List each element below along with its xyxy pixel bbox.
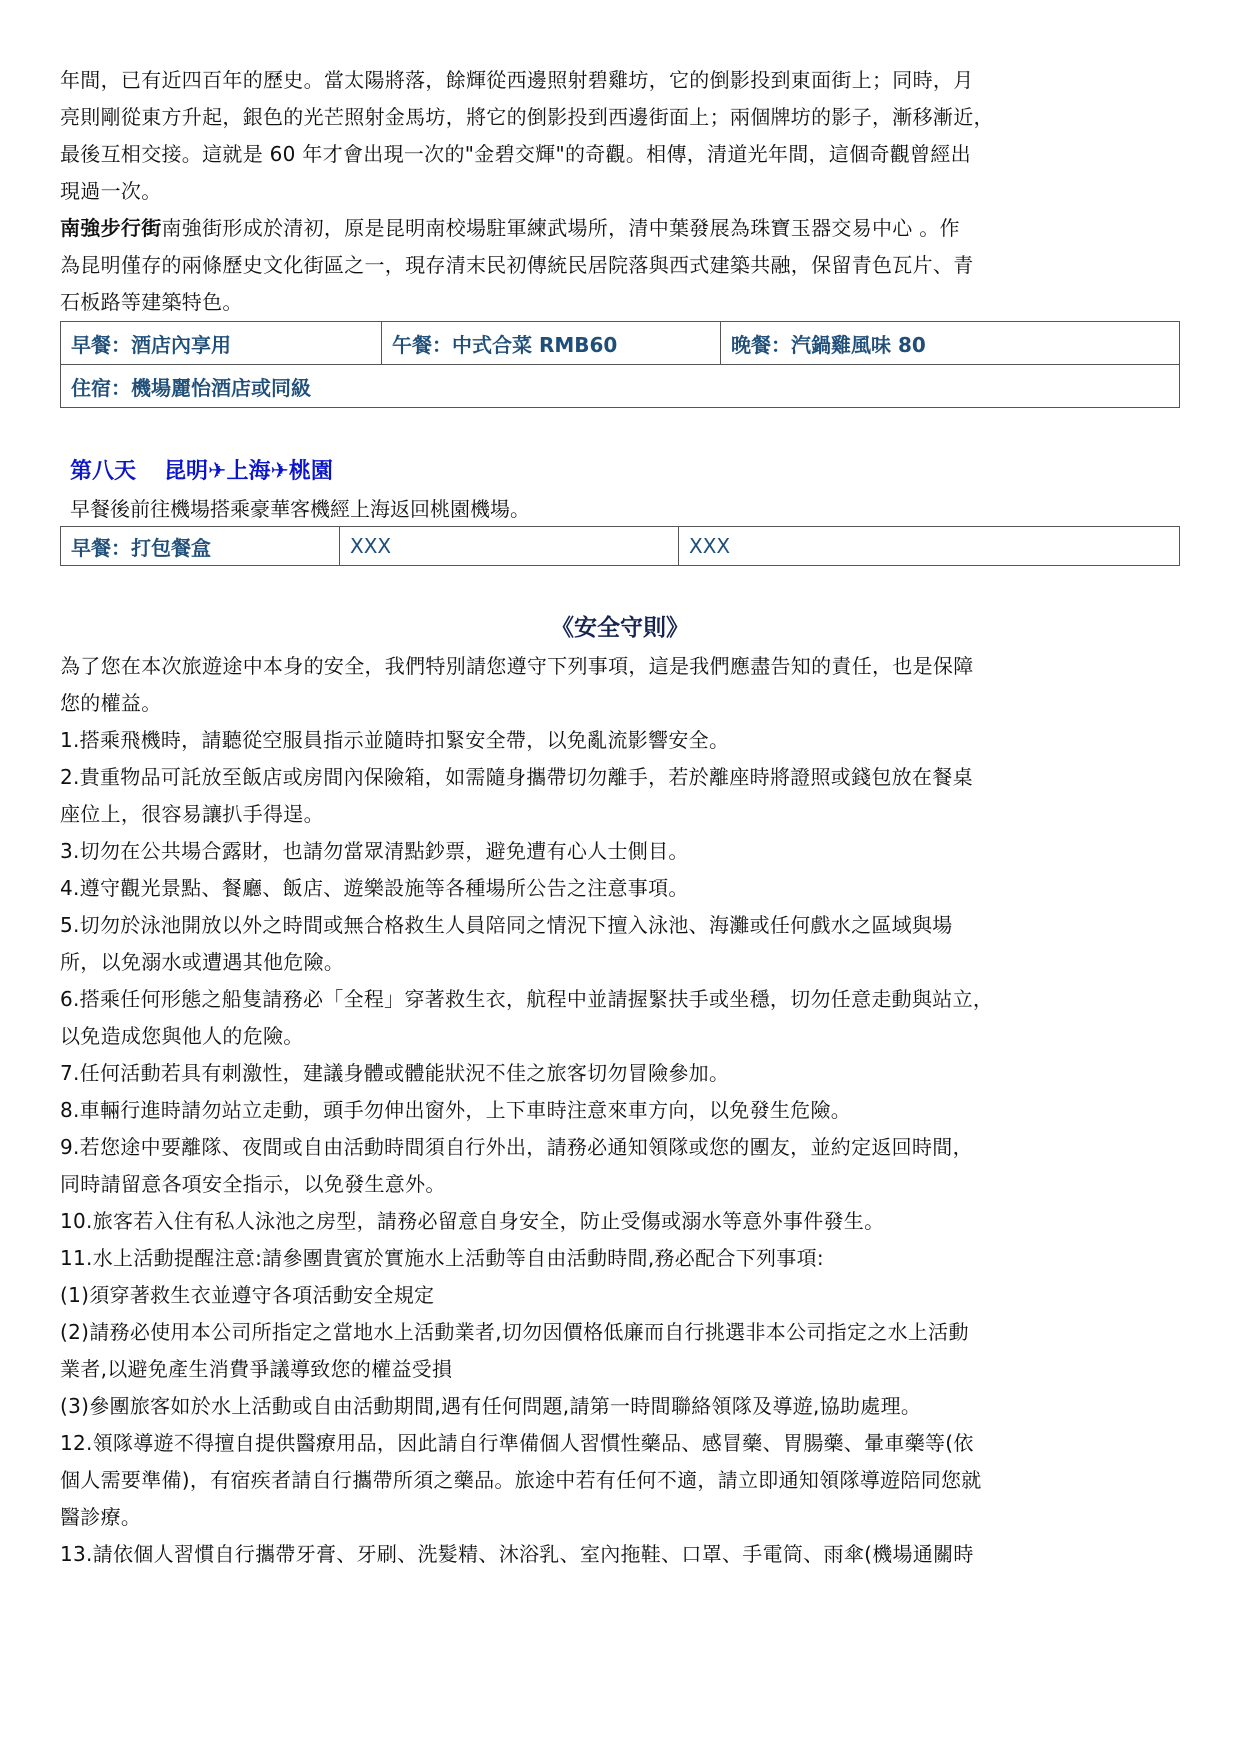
dinner-cell: 晚餐：汽鍋雞風味 80 [721, 322, 1180, 365]
rule-line: 11.水上活動提醒注意:請參團貴賓於實施水上活動等自由活動時間,務必配合下列事項… [60, 1240, 1180, 1277]
text-span: 南強街形成於清初，原是昆明南校場駐軍練武場所，清中葉發展為珠寶玉器交易中心 。作 [162, 216, 960, 240]
rule-line: 7.任何活動若具有刺激性，建議身體或體能狀況不佳之旅客切勿冒險參加。 [60, 1055, 1180, 1092]
rule-line: 同時請留意各項安全指示，以免發生意外。 [60, 1166, 1180, 1203]
lunch-cell: XXX [340, 527, 679, 566]
breakfast-cell: 早餐：打包餐盒 [61, 527, 340, 566]
rule-line: 13.請依個人習慣自行攜帶牙膏、牙刷、洗髮精、沐浴乳、室內拖鞋、口罩、手電筒、雨… [60, 1536, 1180, 1573]
text-line: 為昆明僅存的兩條歷史文化街區之一，現存清末民初傳統民居院落與西式建築共融，保留青… [60, 247, 1180, 284]
nanqiang-title: 南強步行街 [60, 216, 162, 240]
text-line: 南強步行街南強街形成於清初，原是昆明南校場駐軍練武場所，清中葉發展為珠寶玉器交易… [60, 210, 1180, 247]
rule-line: 業者,以避免產生消費爭議導致您的權益受損 [60, 1351, 1180, 1388]
text-line: 亮則剛從東方升起，銀色的光芒照射金馬坊，將它的倒影投到西邊街面上；兩個牌坊的影子… [60, 99, 1180, 136]
rule-line: 6.搭乘任何形態之船隻請務必「全程」穿著救生衣，航程中並請握緊扶手或坐穩，切勿任… [60, 981, 1180, 1018]
safety-rules: 1.搭乘飛機時，請聽從空服員指示並隨時扣緊安全帶，以免亂流影響安全。 2.貴重物… [60, 722, 1180, 1573]
text-line: 最後互相交接。這就是 60 年才會出現一次的"金碧交輝"的奇觀。相傳，清道光年間… [60, 136, 1180, 173]
document-page: 年間，已有近四百年的歷史。當太陽將落，餘輝從西邊照射碧雞坊，它的倒影投到東面街上… [60, 62, 1180, 1573]
day7-meal-table: 早餐：酒店內享用 午餐：中式合菜 RMB60 晚餐：汽鍋雞風味 80 住宿：機場… [60, 321, 1180, 408]
rule-line: (1)須穿著救生衣並遵守各項活動安全規定 [60, 1277, 1180, 1314]
text-line: 年間，已有近四百年的歷史。當太陽將落，餘輝從西邊照射碧雞坊，它的倒影投到東面街上… [60, 62, 1180, 99]
rule-line: 5.切勿於泳池開放以外之時間或無合格救生人員陪同之情況下擅入泳池、海灘或任何戲水… [60, 907, 1180, 944]
safety-intro-line: 為了您在本次旅遊途中本身的安全，我們特別請您遵守下列事項，這是我們應盡告知的責任… [60, 648, 1180, 685]
rule-line: 座位上，很容易讓扒手得逞。 [60, 796, 1180, 833]
safety-title: 《安全守則》 [60, 608, 1180, 648]
rule-line: 1.搭乘飛機時，請聽從空服員指示並隨時扣緊安全帶，以免亂流影響安全。 [60, 722, 1180, 759]
lunch-cell: 午餐：中式合菜 RMB60 [382, 322, 721, 365]
rule-line: 12.領隊導遊不得擅自提供醫療用品，因此請自行準備個人習慣性藥品、感冒藥、胃腸藥… [60, 1425, 1180, 1462]
safety-intro-line: 您的權益。 [60, 685, 1180, 722]
rule-line: 2.貴重物品可託放至飯店或房間內保險箱，如需隨身攜帶切勿離手，若於離座時將證照或… [60, 759, 1180, 796]
rule-line: 8.車輛行進時請勿站立走動，頭手勿伸出窗外，上下車時注意來車方向，以免發生危險。 [60, 1092, 1180, 1129]
rule-line: 所，以免溺水或遭遇其他危險。 [60, 944, 1180, 981]
intro-paragraph: 年間，已有近四百年的歷史。當太陽將落，餘輝從西邊照射碧雞坊，它的倒影投到東面街上… [60, 62, 1180, 210]
lodging-cell: 住宿：機場麗怡酒店或同級 [61, 365, 1180, 408]
rule-line: 10.旅客若入住有私人泳池之房型，請務必留意自身安全，防止受傷或溺水等意外事件發… [60, 1203, 1180, 1240]
nanqiang-paragraph: 南強步行街南強街形成於清初，原是昆明南校場駐軍練武場所，清中葉發展為珠寶玉器交易… [60, 210, 1180, 321]
breakfast-cell: 早餐：酒店內享用 [61, 322, 382, 365]
day8-meal-table: 早餐：打包餐盒 XXX XXX [60, 526, 1180, 566]
day-label: 第八天 [70, 459, 136, 484]
dinner-cell: XXX [679, 527, 1180, 566]
route-label: 昆明✈上海✈桃園 [164, 459, 333, 484]
rule-line: 3.切勿在公共場合露財，也請勿當眾清點鈔票，避免遭有心人士側目。 [60, 833, 1180, 870]
text-line: 石板路等建築特色。 [60, 284, 1180, 321]
day8-description: 早餐後前往機場搭乘豪華客機經上海返回桃園機場。 [60, 492, 1180, 526]
rule-line: 9.若您途中要離隊、夜間或自由活動時間須自行外出，請務必通知領隊或您的團友，並約… [60, 1129, 1180, 1166]
rule-line: 4.遵守觀光景點、餐廳、飯店、遊樂設施等各種場所公告之注意事項。 [60, 870, 1180, 907]
text-line: 現過一次。 [60, 173, 1180, 210]
rule-line: 以免造成您與他人的危險。 [60, 1018, 1180, 1055]
day8-heading: 第八天昆明✈上海✈桃園 [60, 452, 1180, 492]
rule-line: (2)請務必使用本公司所指定之當地水上活動業者,切勿因價格低廉而自行挑選非本公司… [60, 1314, 1180, 1351]
rule-line: (3)參團旅客如於水上活動或自由活動期間,遇有任何問題,請第一時間聯絡領隊及導遊… [60, 1388, 1180, 1425]
rule-line: 醫診療。 [60, 1499, 1180, 1536]
rule-line: 個人需要準備)，有宿疾者請自行攜帶所須之藥品。旅途中若有任何不適，請立即通知領隊… [60, 1462, 1180, 1499]
